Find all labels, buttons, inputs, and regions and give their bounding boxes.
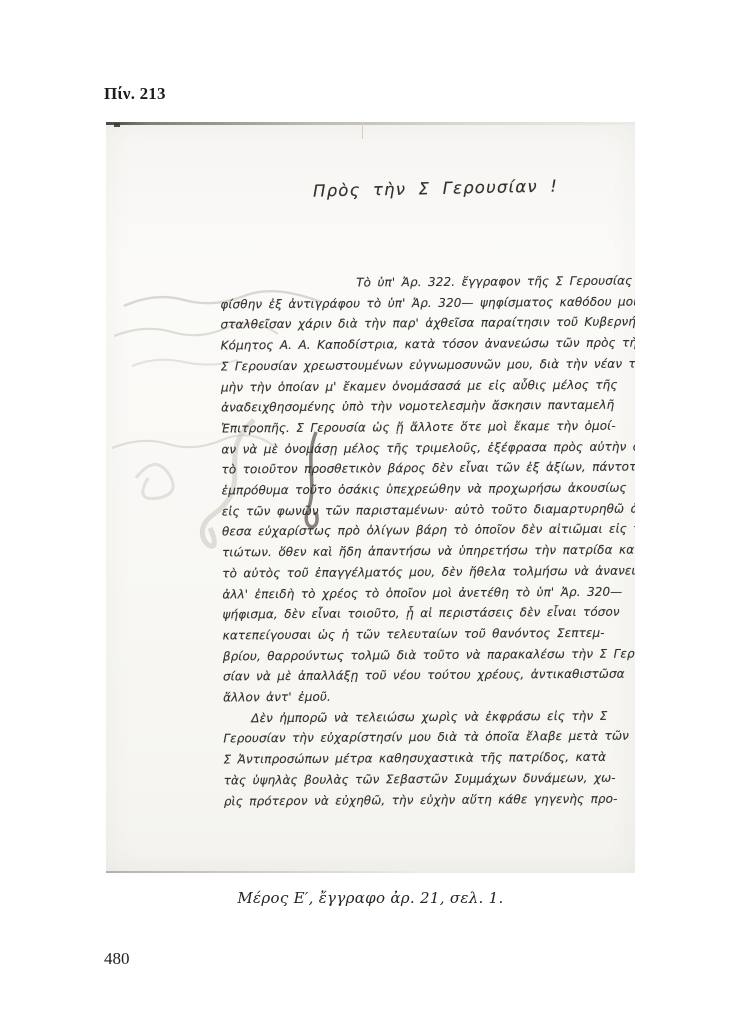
- handwritten-line: Τὸ ὑπ' Ἀρ. 322. ἔγγραφον τῆς Σ Γερουσίας…: [220, 271, 634, 295]
- handwritten-line: εἰς τῶν φωνῶν τῶν παρισταμένων· αὐτὸ τοῦ…: [222, 498, 635, 522]
- scan-top-edge: [106, 122, 635, 125]
- page-number: 480: [104, 949, 130, 969]
- handwritten-line: βρίου, θαρρούντως τολμῶ διὰ τοῦτο νὰ παρ…: [223, 643, 635, 667]
- handwritten-line: Ἐπιτροπῆς. Σ Γερουσία ὡς ᾔ ἄλλοτε ὅτε μο…: [221, 415, 635, 439]
- handwritten-line: ψήφισμα, δὲν εἶναι τοιοῦτο, ᾗ αἱ περιστά…: [222, 602, 635, 626]
- handwritten-line: σίαν νὰ μὲ ἀπαλλάξῃ τοῦ νέου τούτου χρέο…: [223, 664, 635, 688]
- figure-caption: Μέρος Ε′, ἔγγραφο ἀρ. 21, σελ. 1.: [106, 889, 635, 907]
- handwritten-line: μὴν τὴν ὁποίαν μ' ἔκαμεν ὀνομάσασά με εἰ…: [221, 374, 635, 398]
- letter-body: Τὸ ὑπ' Ἀρ. 322. ἔγγραφον τῆς Σ Γερουσίας…: [220, 271, 635, 812]
- handwritten-line: θεσα εὐχαρίστως πρὸ ὀλίγων βάρη τὸ ὁποῖο…: [222, 519, 635, 543]
- handwritten-line: Κόμητος Α. Α. Καποδίστρια, κατὰ τόσον ἀν…: [221, 333, 635, 357]
- handwritten-line: τὰς ὑψηλὰς βουλὰς τῶν Σεβαστῶν Συμμάχων …: [224, 767, 635, 791]
- handwritten-line: σταλθεῖσαν χάριν διὰ τὴν παρ' ἀχθεῖσα πα…: [220, 312, 634, 336]
- handwritten-line: αν νὰ μὲ ὀνομάσῃ μέλος τῆς τριμελοῦς, ἐξ…: [221, 436, 635, 460]
- handwritten-line: Σ Γερουσίαν χρεωστουμένων εὐγνωμοσυνῶν μ…: [221, 353, 635, 377]
- handwritten-line: ἀναδειχθησομένης ὑπὸ τὴν νομοτελεσμὴν ἄσ…: [221, 395, 635, 419]
- handwritten-line: ἄλλον ἀντ' ἐμοῦ.: [223, 685, 635, 709]
- scan-bottom-edge: [106, 871, 434, 873]
- handwritten-line: κατεπείγουσαι ὡς ἡ τῶν τελευταίων τοῦ θα…: [223, 623, 635, 647]
- book-page: Πίν. 213 Πρὸς τὴν Σ Γερουσίαν ! Τὸ ὑπ' Ἀ…: [0, 0, 743, 1027]
- handwritten-line: Δὲν ἠμπορῶ νὰ τελειώσω χωρὶς νὰ ἐκφράσω …: [223, 705, 635, 729]
- handwritten-line: ἐμπρόθυμα τοῦτο ὁσάκις ὑπεχρεώθην νὰ προ…: [222, 478, 635, 502]
- paper-fold-crease: [362, 122, 363, 139]
- scan-corner-mark: [114, 123, 120, 127]
- handwritten-line: τὸ τοιοῦτον προσθετικὸν βάρος δὲν εἶναι …: [221, 457, 635, 481]
- handwritten-line: ρὶς πρότερον νὰ εὐχηθῶ, τὴν εὐχὴν αὕτη κ…: [224, 788, 635, 812]
- handwritten-line: ἀλλ' ἐπειδὴ τὸ χρέος τὸ ὁποῖον μοὶ ἀνετέ…: [222, 581, 635, 605]
- handwritten-line: φίσθην ἐξ ἀντιγράφου τὸ ὑπ' Ἀρ. 320— ψηφ…: [220, 291, 634, 315]
- plate-label: Πίν. 213: [104, 84, 166, 104]
- handwritten-line: Σ Ἀντιπροσώπων μέτρα καθησυχαστικὰ τῆς π…: [223, 747, 635, 771]
- handwritten-line: τὸ αὐτὸς τοῦ ἐπαγγέλματός μου, δὲν ἤθελα…: [222, 560, 635, 584]
- handwritten-heading: Πρὸς τὴν Σ Γερουσίαν !: [313, 176, 558, 200]
- manuscript-scan: Πρὸς τὴν Σ Γερουσίαν ! Τὸ ὑπ' Ἀρ. 322. ἔ…: [106, 122, 635, 873]
- handwritten-line: τιώτων. ὅθεν καὶ ἤδη ἀπαντήσω νὰ ὑπηρετή…: [222, 540, 635, 564]
- handwritten-line: Γερουσίαν τὴν εὐχαρίστησίν μου διὰ τὰ ὁπ…: [223, 726, 635, 750]
